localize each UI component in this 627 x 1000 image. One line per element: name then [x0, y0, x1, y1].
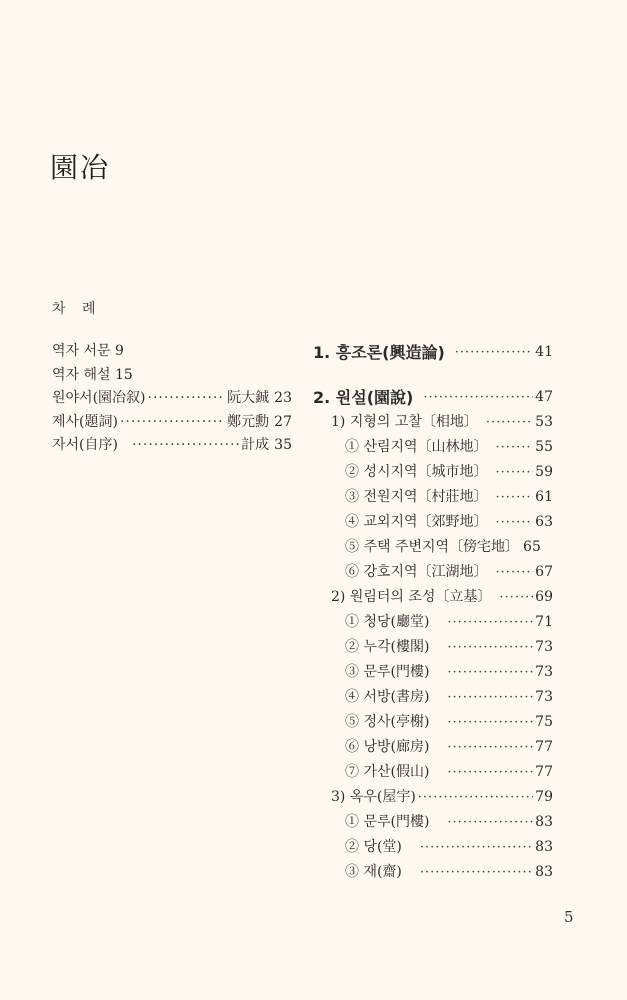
toc-entry-title: ① 문루(門樓)	[345, 810, 429, 835]
leader-dots: ········································…	[418, 785, 533, 810]
toc-subsection[interactable]: ① 문루(門樓)································…	[313, 810, 553, 835]
leader-dots: ········································…	[148, 387, 226, 411]
toc-entry-title: ⑤ 정사(亭榭)	[345, 710, 429, 735]
toc-entry-page: 69	[535, 585, 553, 610]
toc-subsection[interactable]: ② 당(堂)··································…	[313, 835, 553, 860]
leader-dots: ········································…	[132, 434, 239, 458]
toc-entry-title: 역자 서문 9	[52, 340, 124, 364]
toc-subsection[interactable]: ③ 재(齋)··································…	[313, 860, 553, 885]
toc-entry-page: 47	[535, 385, 553, 410]
leader-dots: ········································…	[120, 411, 225, 435]
toc-front-matter: 역자 서문 9 역자 해설 15 원야서(園冶叙)···············…	[52, 340, 292, 458]
toc-subsection[interactable]: ① 청당(廳堂)································…	[313, 610, 553, 635]
toc-entry-page: 23	[274, 387, 292, 411]
leader-dots: ········································…	[496, 510, 534, 535]
toc-entry-page: 63	[535, 510, 553, 535]
leader-dots: ········································…	[447, 760, 533, 785]
toc-entry-title: ⑥ 강호지역〔江湖地〕	[345, 560, 488, 585]
toc-subsection[interactable]: ⑦ 가산(假山)································…	[313, 760, 553, 785]
leader-dots: ········································…	[447, 635, 533, 660]
toc-entry-title: 1. 흥조론(興造論)	[313, 340, 445, 365]
toc-entry-title: ⑥ 낭방(廊房)	[345, 735, 429, 760]
toc-entry-title: ⑤ 주택 주변지역〔傍宅地〕	[345, 535, 519, 560]
leader-dots: ········································…	[455, 340, 533, 365]
toc-section[interactable]: 2) 원림터의 조성〔立基〕··························…	[313, 585, 553, 610]
toc-entry-page: 79	[535, 785, 553, 810]
toc-subsection[interactable]: ② 누각(樓閣)································…	[313, 635, 553, 660]
toc-entry-page: 73	[535, 660, 553, 685]
toc-entry-title: 제사(題詞)	[52, 411, 118, 435]
toc-entry[interactable]: 원야서(園冶叙)································…	[52, 387, 292, 411]
toc-entry-page: 77	[535, 735, 553, 760]
toc-entry-page: 71	[535, 610, 553, 635]
toc-entry-title: ① 청당(廳堂)	[345, 610, 429, 635]
toc-entry-title: ② 누각(樓閣)	[345, 635, 429, 660]
toc-entry-page: 83	[535, 860, 553, 885]
page-number: 5	[564, 908, 574, 926]
leader-dots: ········································…	[496, 460, 534, 485]
toc-entry-page: 65	[523, 535, 541, 560]
toc-chapter[interactable]: 1. 흥조론(興造論)·····························…	[313, 340, 553, 365]
toc-entry-title: 1) 지형의 고찰〔相地〕	[331, 410, 478, 435]
toc-subsection[interactable]: ③ 전원지역〔村莊地〕·····························…	[313, 485, 553, 510]
toc-heading: 차 례	[52, 298, 102, 318]
toc-subsection[interactable]: ④ 교외지역〔郊野地〕·····························…	[313, 510, 553, 535]
toc-entry-page: 75	[535, 710, 553, 735]
toc-entry-page: 67	[535, 560, 553, 585]
toc-subsection[interactable]: ⑥ 강호지역〔江湖地〕·····························…	[313, 560, 553, 585]
toc-entry-page: 53	[535, 410, 553, 435]
toc-entry-page: 27	[274, 411, 292, 435]
toc-entry-page: 83	[535, 810, 553, 835]
toc-entry-title: ③ 전원지역〔村莊地〕	[345, 485, 488, 510]
toc-subsection[interactable]: ⑤ 정사(亭榭)································…	[313, 710, 553, 735]
toc-entry-title: 자서(自序)	[52, 434, 118, 458]
leader-dots: ········································…	[447, 735, 533, 760]
toc-subsection[interactable]: ③ 문루(門樓)································…	[313, 660, 553, 685]
toc-subsection[interactable]: ④ 서방(書房)································…	[313, 685, 553, 710]
toc-entry-title: 역자 해설 15	[52, 364, 133, 388]
toc-entry-title: 2. 원설(園說)	[313, 385, 413, 410]
leader-dots: ········································…	[447, 685, 533, 710]
leader-dots: ········································…	[423, 385, 533, 410]
toc-entry-title: ① 산림지역〔山林地〕	[345, 435, 488, 460]
toc-entry-title: ④ 교외지역〔郊野地〕	[345, 510, 488, 535]
book-title: 園冶	[50, 146, 110, 186]
leader-dots: ········································…	[496, 435, 534, 460]
toc-subsection[interactable]: ⑥ 낭방(廊房)································…	[313, 735, 553, 760]
toc-entry[interactable]: 역자 서문 9	[52, 340, 292, 364]
toc-subsection[interactable]: ① 산림지역〔山林地〕·····························…	[313, 435, 553, 460]
toc-entry-title: ② 성시지역〔城市地〕	[345, 460, 488, 485]
leader-dots: ········································…	[447, 660, 533, 685]
leader-dots: ········································…	[420, 835, 533, 860]
toc-entry-author: 鄭元勳	[227, 411, 269, 435]
toc-entry-page: 35	[274, 434, 292, 458]
toc-entry-title: ② 당(堂)	[345, 835, 402, 860]
leader-dots: ········································…	[486, 410, 533, 435]
toc-entry-page: 61	[535, 485, 553, 510]
toc-entry-page: 59	[535, 460, 553, 485]
leader-dots: ········································…	[447, 610, 533, 635]
toc-subsection[interactable]: ② 성시지역〔城市地〕·····························…	[313, 460, 553, 485]
toc-entry-page: 77	[535, 760, 553, 785]
toc-section[interactable]: 1) 지형의 고찰〔相地〕···························…	[313, 410, 553, 435]
toc-entry-title: ④ 서방(書房)	[345, 685, 429, 710]
toc-chapter[interactable]: 2. 원설(園說)·······························…	[313, 385, 553, 410]
leader-dots: ········································…	[420, 860, 533, 885]
leader-dots: ········································…	[496, 485, 534, 510]
toc-entry-title: 3) 옥우(屋宇)	[331, 785, 416, 810]
toc-entry[interactable]: 자서(自序)··································…	[52, 434, 292, 458]
toc-entry-title: ⑦ 가산(假山)	[345, 760, 429, 785]
toc-entry-title: ③ 재(齋)	[345, 860, 402, 885]
toc-entry[interactable]: 제사(題詞)··································…	[52, 411, 292, 435]
toc-entry-author: 阮大鋮	[227, 387, 269, 411]
toc-entry-page: 73	[535, 635, 553, 660]
toc-entry-title: ③ 문루(門樓)	[345, 660, 429, 685]
toc-entry-title: 2) 원림터의 조성〔立基〕	[331, 585, 491, 610]
toc-entry-title: 원야서(園冶叙)	[52, 387, 146, 411]
leader-dots: ········································…	[496, 560, 534, 585]
toc-entry-author: 計成	[241, 434, 269, 458]
leader-dots: ········································…	[447, 810, 533, 835]
toc-subsection[interactable]: ⑤ 주택 주변지역〔傍宅地〕65	[313, 535, 553, 560]
leader-dots: ········································…	[499, 585, 533, 610]
toc-section[interactable]: 3) 옥우(屋宇)·······························…	[313, 785, 553, 810]
toc-entry-page: 73	[535, 685, 553, 710]
toc-entry[interactable]: 역자 해설 15	[52, 364, 292, 388]
toc-entry-page: 83	[535, 835, 553, 860]
toc-entry-page: 55	[535, 435, 553, 460]
toc-chapters: 1. 흥조론(興造論)·····························…	[313, 340, 553, 885]
toc-entry-page: 41	[535, 340, 553, 365]
leader-dots: ········································…	[447, 710, 533, 735]
